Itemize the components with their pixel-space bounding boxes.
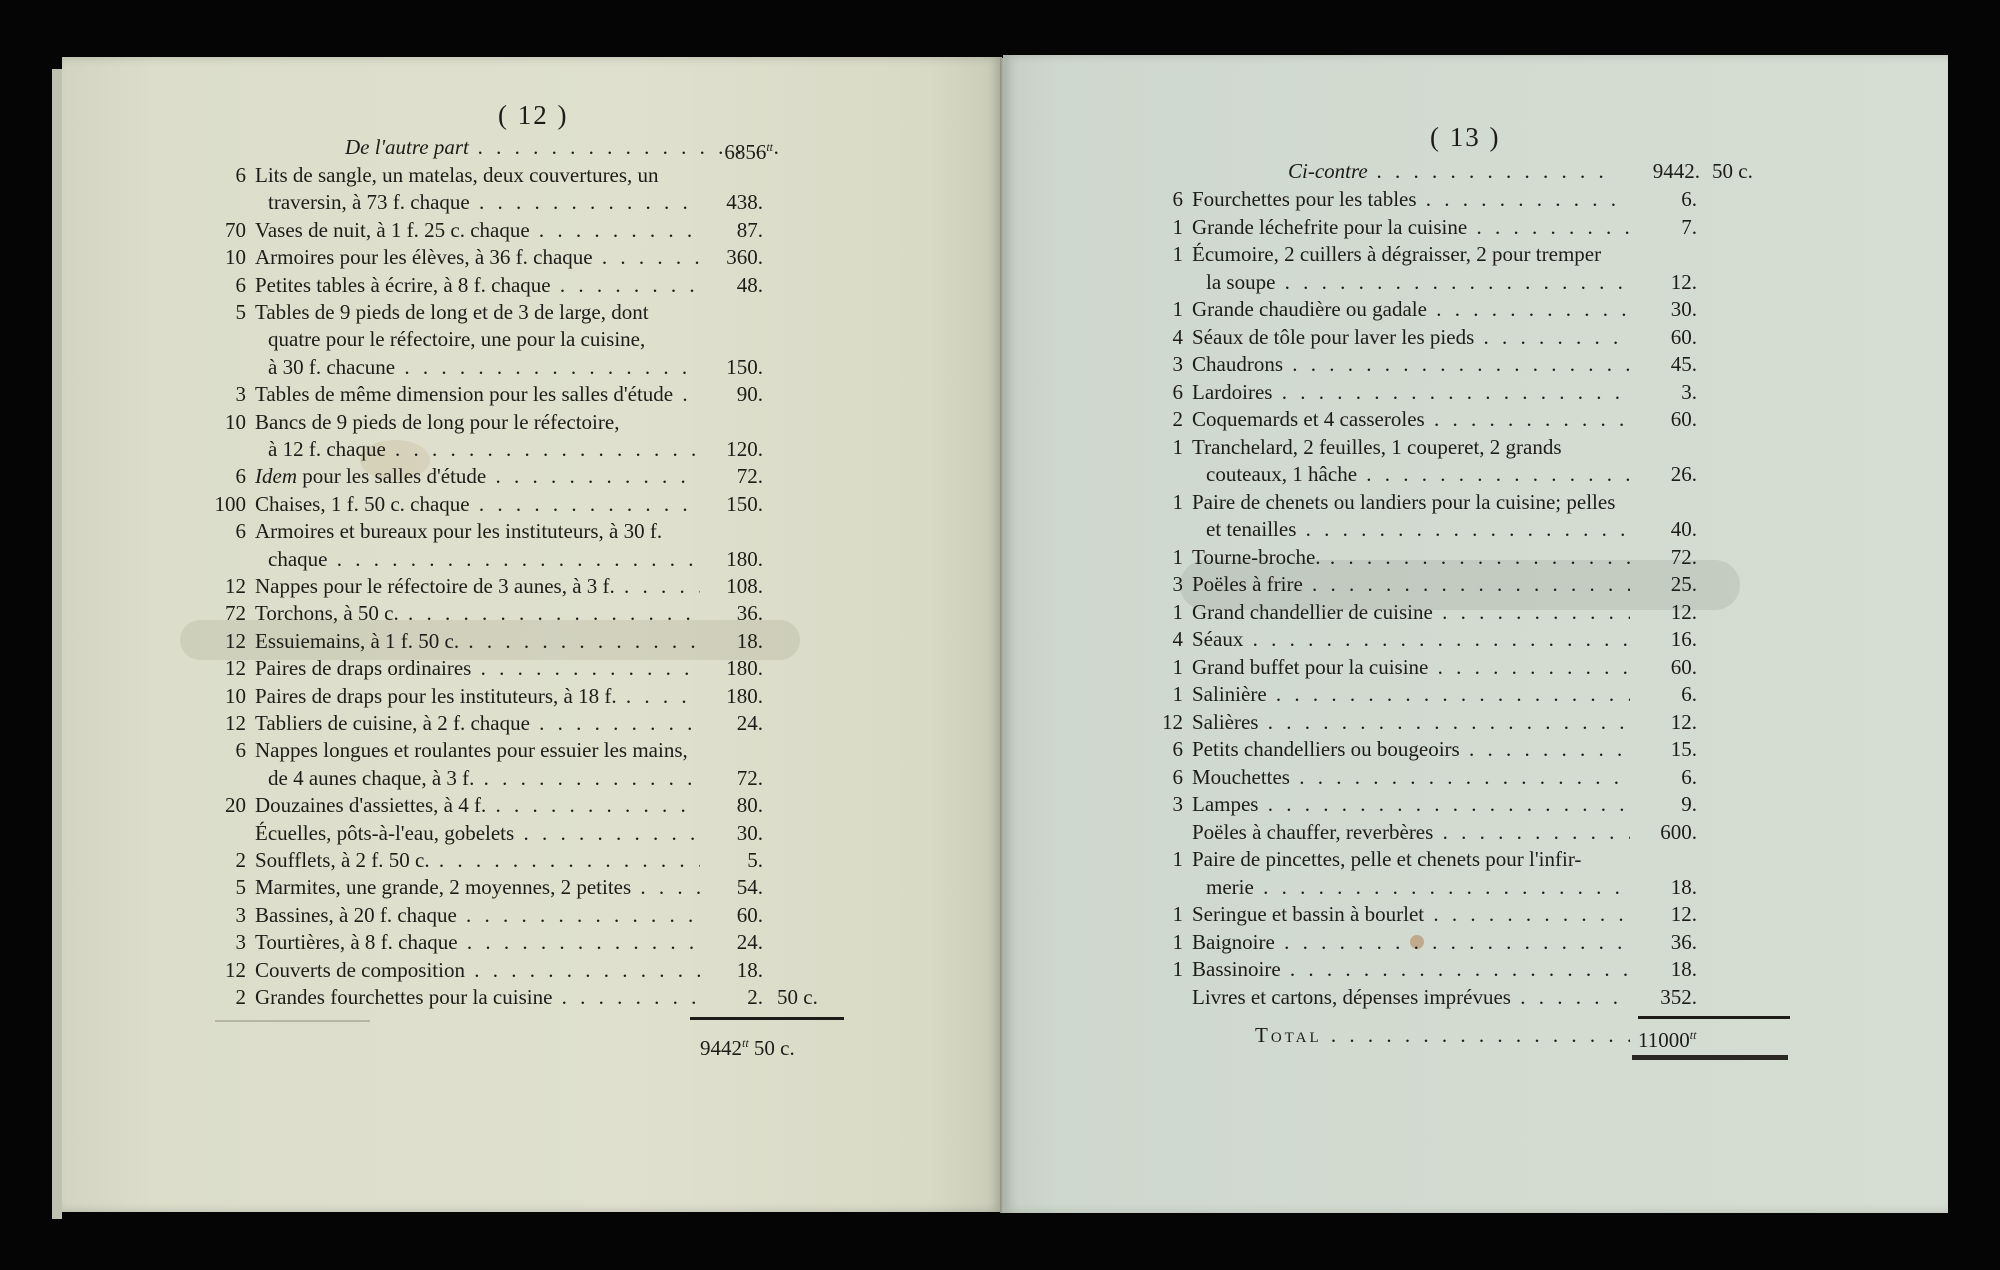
ledger-line: 6Petits chandelliers ou bougeoirs15. xyxy=(0,736,2000,763)
item-amount: 60. xyxy=(1607,654,1697,681)
carried-forward-label: Ci-contre xyxy=(1288,158,1618,185)
ledger-line: 6Mouchettes6. xyxy=(0,764,2000,791)
item-description: Seringue et bassin à bourlet xyxy=(1192,901,1630,928)
ledger-line: Poëles à chauffer, reverbères600. xyxy=(0,819,2000,846)
item-amount: 18. xyxy=(1607,874,1697,901)
ledger-line: et tenailles40. xyxy=(0,516,2000,543)
item-quantity: 1 xyxy=(1133,544,1183,571)
ledger-line: 1Grande chaudière ou gadale30. xyxy=(0,296,2000,323)
item-amount: 36. xyxy=(1607,929,1697,956)
item-amount: 12. xyxy=(1607,269,1697,296)
ledger-line: Livres et cartons, dépenses imprévues352… xyxy=(0,984,2000,1011)
item-description: couteaux, 1 hâche xyxy=(1206,461,1630,488)
item-description: Livres et cartons, dépenses imprévues xyxy=(1192,984,1630,1011)
ledger-line: la soupe12. xyxy=(0,269,2000,296)
total-label: Total xyxy=(1255,1022,1630,1049)
item-amount: 72. xyxy=(1607,544,1697,571)
item-description: Bassinoire xyxy=(1192,956,1630,983)
ledger-line: 1Paire de pincettes, pelle et chenets po… xyxy=(0,846,2000,873)
ledger-line: 1Grand buffet pour la cuisine60. xyxy=(0,654,2000,681)
item-quantity: 6 xyxy=(1133,764,1183,791)
item-amount: 6. xyxy=(1607,186,1697,213)
item-amount: 15. xyxy=(1607,736,1697,763)
carried-forward-cents: 50 c. xyxy=(1712,158,1753,185)
item-amount: 12. xyxy=(1607,901,1697,928)
ledger-line: 1Salinière6. xyxy=(0,681,2000,708)
item-quantity: 1 xyxy=(1133,241,1183,268)
item-description: Petits chandelliers ou bougeoirs xyxy=(1192,736,1630,763)
ledger-line: couteaux, 1 hâche26. xyxy=(0,461,2000,488)
double-rule xyxy=(1632,1055,1788,1060)
ledger-line: merie18. xyxy=(0,874,2000,901)
item-quantity: 2 xyxy=(1133,406,1183,433)
carried-forward-row-left: De l'autre part 6856tt xyxy=(0,134,1000,161)
item-description: Chaudrons xyxy=(1192,351,1630,378)
item-quantity: 6 xyxy=(1133,736,1183,763)
item-description: Grand buffet pour la cuisine xyxy=(1192,654,1630,681)
item-quantity: 1 xyxy=(1133,846,1183,873)
item-quantity: 1 xyxy=(1133,296,1183,323)
item-quantity: 1 xyxy=(1133,599,1183,626)
item-amount: 26. xyxy=(1607,461,1697,488)
item-description: merie xyxy=(1206,874,1630,901)
item-description: Poëles à chauffer, reverbères xyxy=(1192,819,1630,846)
item-amount: 60. xyxy=(1607,324,1697,351)
sum-rule xyxy=(1638,1016,1790,1019)
item-description: Séaux xyxy=(1192,626,1630,653)
item-amount: 352. xyxy=(1607,984,1697,1011)
item-amount: 6. xyxy=(1607,764,1697,791)
item-description: Lampes xyxy=(1192,791,1630,818)
item-amount: 12. xyxy=(1607,599,1697,626)
item-amount: 30. xyxy=(1607,296,1697,323)
total-value: 11000tt xyxy=(1638,1022,1696,1054)
ledger-line: 6Fourchettes pour les tables6. xyxy=(0,186,2000,213)
item-description: Salinière xyxy=(1192,681,1630,708)
ledger-line: 2Coquemards et 4 casseroles60. xyxy=(0,406,2000,433)
item-quantity: 6 xyxy=(1133,186,1183,213)
item-description: Écumoire, 2 cuillers à dégraisser, 2 pou… xyxy=(1192,241,1630,268)
item-amount: 40. xyxy=(1607,516,1697,543)
ledger-line: 3Lampes9. xyxy=(0,791,2000,818)
item-description: Lardoires xyxy=(1192,379,1630,406)
item-description: Paire de pincettes, pelle et chenets pou… xyxy=(1192,846,1630,873)
item-quantity: 1 xyxy=(1133,929,1183,956)
page-number-left: ( 12 ) xyxy=(498,100,568,131)
item-description: Fourchettes pour les tables xyxy=(1192,186,1630,213)
item-quantity: 3 xyxy=(1133,791,1183,818)
ledger-line: 1Grande léchefrite pour la cuisine7. xyxy=(0,214,2000,241)
item-quantity: 1 xyxy=(1133,489,1183,516)
item-quantity: 12 xyxy=(1133,709,1183,736)
carried-forward-value: 9442. xyxy=(1620,158,1700,185)
page-number-right: ( 13 ) xyxy=(1430,122,1500,153)
item-description: Grande léchefrite pour la cuisine xyxy=(1192,214,1630,241)
item-amount: 7. xyxy=(1607,214,1697,241)
item-quantity: 4 xyxy=(1133,626,1183,653)
ledger-line: 3Chaudrons45. xyxy=(0,351,2000,378)
item-description: Coquemards et 4 casseroles xyxy=(1192,406,1630,433)
item-quantity: 3 xyxy=(1133,351,1183,378)
item-quantity: 3 xyxy=(1133,571,1183,598)
item-description: Grand chandellier de cuisine xyxy=(1192,599,1630,626)
item-amount: 18. xyxy=(1607,956,1697,983)
item-description: Salières xyxy=(1192,709,1630,736)
ledger-line: 1Écumoire, 2 cuillers à dégraisser, 2 po… xyxy=(0,241,2000,268)
item-quantity: 1 xyxy=(1133,434,1183,461)
item-description: Grande chaudière ou gadale xyxy=(1192,296,1630,323)
item-description: Poëles à frire xyxy=(1192,571,1630,598)
ledger-line: 4Séaux16. xyxy=(0,626,2000,653)
item-description: Mouchettes xyxy=(1192,764,1630,791)
item-description: Tourne-broche. xyxy=(1192,544,1630,571)
ledger-line: 1Baignoire36. xyxy=(0,929,2000,956)
item-description: Paire de chenets ou landiers pour la cui… xyxy=(1192,489,1630,516)
ledger-line: 4Séaux de tôle pour laver les pieds60. xyxy=(0,324,2000,351)
ledger-line: 1Seringue et bassin à bourlet12. xyxy=(0,901,2000,928)
item-quantity: 6 xyxy=(1133,379,1183,406)
item-description: Baignoire xyxy=(1192,929,1630,956)
item-description: et tenailles xyxy=(1206,516,1630,543)
ledger-line: 1Grand chandellier de cuisine12. xyxy=(0,599,2000,626)
item-quantity: 1 xyxy=(1133,681,1183,708)
item-amount: 25. xyxy=(1607,571,1697,598)
ledger-line: 1Tranchelard, 2 feuilles, 1 couperet, 2 … xyxy=(0,434,2000,461)
item-amount: 12. xyxy=(1607,709,1697,736)
item-quantity: 1 xyxy=(1133,901,1183,928)
item-amount: 9. xyxy=(1607,791,1697,818)
item-amount: 45. xyxy=(1607,351,1697,378)
ledger-line: 3Poëles à frire25. xyxy=(0,571,2000,598)
carried-forward-row-right: Ci-contre 9442. 50 c. xyxy=(0,158,2000,185)
item-amount: 3. xyxy=(1607,379,1697,406)
item-description: Tranchelard, 2 feuilles, 1 couperet, 2 g… xyxy=(1192,434,1630,461)
ledger-line: 1Bassinoire18. xyxy=(0,956,2000,983)
ledger-line: 1Tourne-broche.72. xyxy=(0,544,2000,571)
item-amount: 60. xyxy=(1607,406,1697,433)
item-amount: 600. xyxy=(1607,819,1697,846)
item-quantity: 1 xyxy=(1133,214,1183,241)
sum-rule xyxy=(690,1017,844,1020)
ledger-line: 6Lardoires3. xyxy=(0,379,2000,406)
item-description: la soupe xyxy=(1206,269,1630,296)
item-amount: 6. xyxy=(1607,681,1697,708)
item-amount: 16. xyxy=(1607,626,1697,653)
item-quantity: 4 xyxy=(1133,324,1183,351)
item-quantity: 1 xyxy=(1133,956,1183,983)
item-quantity: 1 xyxy=(1133,654,1183,681)
total-row: Total 11000tt xyxy=(0,1022,2000,1049)
ledger-line: 1Paire de chenets ou landiers pour la cu… xyxy=(0,489,2000,516)
ledger-line: 12Salières12. xyxy=(0,709,2000,736)
item-description: Séaux de tôle pour laver les pieds xyxy=(1192,324,1630,351)
